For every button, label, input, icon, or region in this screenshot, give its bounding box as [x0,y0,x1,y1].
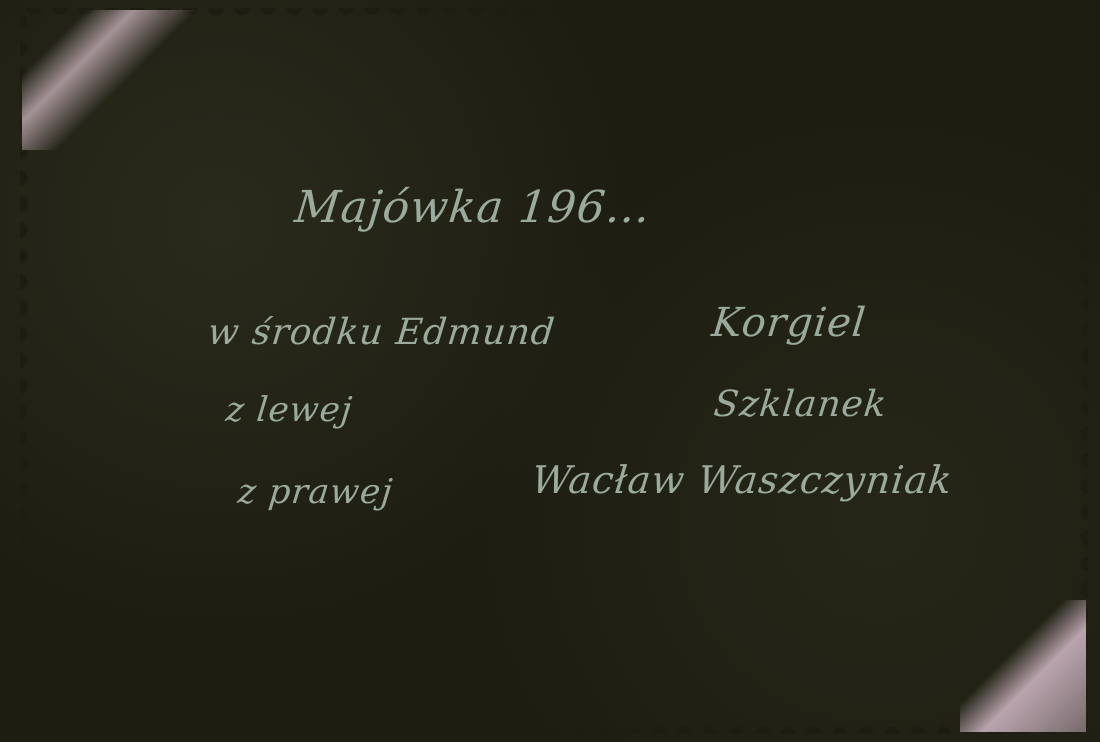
inscription-line1-left: w środku Edmund [206,312,557,353]
inscription-title: Majówka 196… [292,182,653,233]
inscription-line2-left: z lewej [224,390,355,430]
inscription-line3-left: z prawej [236,472,395,512]
inscription-line1-right: Korgiel [710,300,869,346]
inscription-line2-right: Szklanek [712,384,889,425]
photo-back-card [22,10,1086,732]
inscription-line3-right: Wacław Waszczyniak [530,458,955,502]
